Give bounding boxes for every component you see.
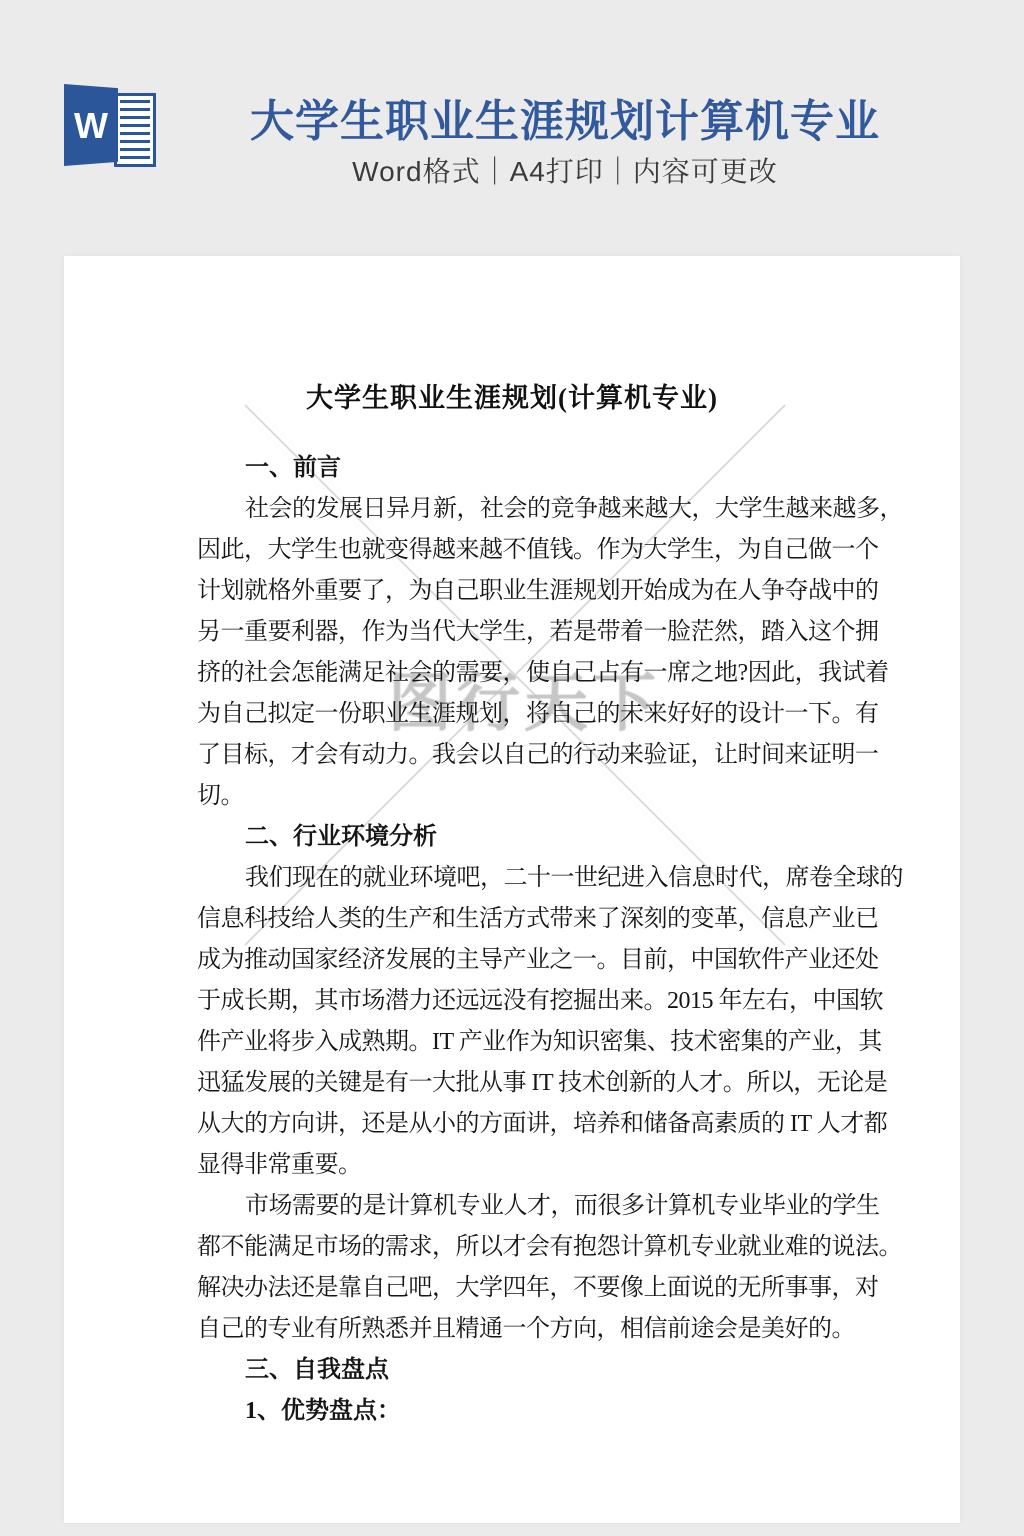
body-line: 了目标，才会有动力。我会以自己的行动来验证，让时间来证明一 bbox=[197, 735, 870, 776]
header: W 大学生职业生涯规划计算机专业 Word格式｜A4打印｜内容可更改 bbox=[0, 0, 1024, 256]
body-line: 切。 bbox=[197, 776, 870, 817]
section-heading: 三、自我盘点 bbox=[197, 1350, 870, 1391]
body-line: 市场需要的是计算机专业人才，而很多计算机专业毕业的学生 bbox=[197, 1186, 870, 1227]
body-line: 因此，大学生也就变得越来越不值钱。作为大学生，为自己做一个 bbox=[197, 530, 870, 571]
word-icon-cover: W bbox=[64, 84, 118, 166]
document-body: 大学生职业生涯规划(计算机专业) 一、前言社会的发展日异月新，社会的竞争越来越大… bbox=[64, 256, 960, 1432]
header-text: 大学生职业生涯规划计算机专业 Word格式｜A4打印｜内容可更改 bbox=[106, 96, 1024, 188]
body-line: 成为推动国家经济发展的主导产业之一。目前，中国软件产业还处 bbox=[197, 940, 870, 981]
body-line: 于成长期，其市场潜力还远远没有挖掘出来。2015 年左右，中国软 bbox=[197, 981, 870, 1022]
doc-content: 一、前言社会的发展日异月新，社会的竞争越来越大，大学生越来越多，因此，大学生也就… bbox=[64, 448, 960, 1432]
body-line: 挤的社会怎能满足社会的需要，使自己占有一席之地?因此，我试着 bbox=[197, 653, 870, 694]
body-line: 计划就格外重要了，为自己职业生涯规划开始成为在人争夺战中的 bbox=[197, 571, 870, 612]
word-icon-letter: W bbox=[74, 105, 108, 147]
body-line: 另一重要利器，作为当代大学生，若是带着一脸茫然，踏入这个拥 bbox=[197, 612, 870, 653]
header-subtitle: Word格式｜A4打印｜内容可更改 bbox=[106, 156, 1024, 188]
body-line: 为自己拟定一份职业生涯规划，将自己的未来好好的设计一下。有 bbox=[197, 694, 870, 735]
body-line: 件产业将步入成熟期。IT 产业作为知识密集、技术密集的产业，其 bbox=[197, 1022, 870, 1063]
section-heading: 二、行业环境分析 bbox=[197, 817, 870, 858]
header-title: 大学生职业生涯规划计算机专业 bbox=[106, 96, 1024, 148]
doc-title: 大学生职业生涯规划(计算机专业) bbox=[64, 256, 960, 414]
body-line: 社会的发展日异月新，社会的竞争越来越大，大学生越来越多， bbox=[197, 489, 870, 530]
body-line: 迅猛发展的关键是有一大批从事 IT 技术创新的人才。所以，无论是 bbox=[197, 1063, 870, 1104]
body-line: 都不能满足市场的需求，所以才会有抱怨计算机专业就业难的说法。 bbox=[197, 1227, 870, 1268]
body-line: 自己的专业有所熟悉并且精通一个方向，相信前途会是美好的。 bbox=[197, 1309, 870, 1350]
body-line: 显得非常重要。 bbox=[197, 1145, 870, 1186]
body-line: 信息科技给人类的生产和生活方式带来了深刻的变革，信息产业已 bbox=[197, 899, 870, 940]
body-line: 从大的方向讲，还是从小的方面讲，培养和储备高素质的 IT 人才都 bbox=[197, 1104, 870, 1145]
body-line: 解决办法还是靠自己吧，大学四年，不要像上面说的无所事事，对 bbox=[197, 1268, 870, 1309]
body-line: 我们现在的就业环境吧，二十一世纪进入信息时代，席卷全球的 bbox=[197, 858, 870, 899]
document-page: 图行天下 大学生职业生涯规划(计算机专业) 一、前言社会的发展日异月新，社会的竞… bbox=[64, 256, 960, 1523]
section-heading: 一、前言 bbox=[197, 448, 870, 489]
section-heading: 1、优势盘点： bbox=[197, 1391, 870, 1432]
page-background: { "header": { "icon_letter": "W", "title… bbox=[0, 0, 1024, 1536]
